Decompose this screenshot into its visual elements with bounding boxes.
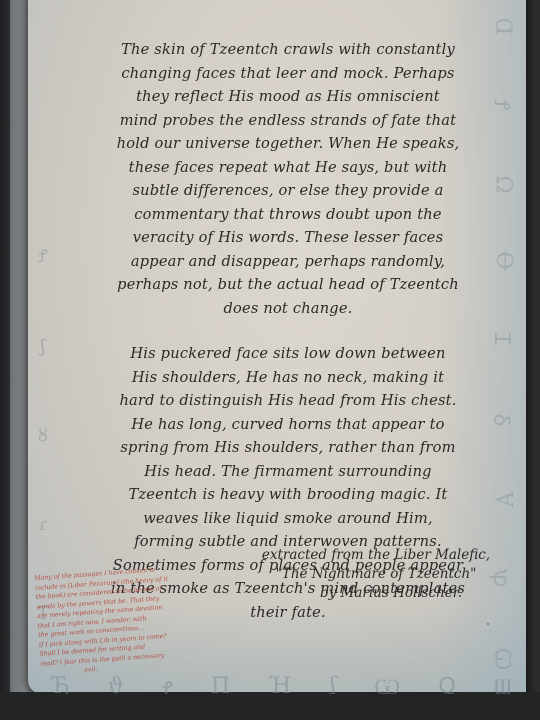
text-line: does not change. [223,300,352,317]
rune-glyph: Π [211,674,230,694]
text-line: these faces repeat what He says, but wit… [129,159,448,176]
attribution-title: "The Nightmare of Tzeentch" [236,565,516,584]
paper-speck [487,623,489,625]
rune-glyph: Ω [491,175,516,193]
rune-glyph: Ɐ [490,491,515,507]
rune-glyph: Ꝭ [488,100,518,111]
text-line: Tzeentch is heavy with brooding magic. I… [128,486,447,503]
paragraph-skin-of-tzeentch: The skin of Tzeentch crawls with constan… [88,38,488,320]
text-line: changing faces that leer and mock. Perha… [121,65,454,82]
rune-glyph: Ꝋ [491,250,516,271]
rune-glyph: Ϣ [494,674,512,694]
rune-glyph: Ɑ [491,18,516,35]
rune-glyph: Ꝗ [438,674,455,694]
text-line: subtle differences, or else they provide… [132,182,443,199]
text-line: His shoulders, He has no neck, making it [132,369,444,386]
text-line: spring from His shoulders, rather than f… [120,439,455,456]
book-photo: Ꝭ ʃ ȣ ɾ Ƭ The skin of Tzeentch crawls wi… [0,0,540,720]
rune-glyph: ʆ [329,674,336,694]
text-line: veracity of His words. These lesser face… [133,229,444,246]
rune-glyph: Ꞷ [488,648,518,671]
attribution-author: by Marius Hollscher. [236,584,516,603]
table-background [0,692,540,720]
text-line: perhaps not, but the actual head of Tzee… [117,276,459,293]
bottom-rune-border: Ђ ϑ Ꝭ Π Ή ʆ Ѡ Ꝗ Ϣ [52,674,512,694]
text-line: His head. The firmament surrounding [144,463,431,480]
text-line: appear and disappear, perhaps randomly, [131,253,445,270]
text-line: He has long, curved horns that appear to [131,416,444,433]
rune-glyph: Ή [268,674,291,694]
text-line: weaves like liquid smoke around Him, [143,510,433,527]
text-line: they reflect His mood as His omniscient [136,88,440,105]
left-rune-border: Ꝭ ʃ ȣ ɾ Ƭ [30,244,56,624]
rune-glyph: Ѡ [374,674,400,694]
rune-glyph: ȣ [38,425,48,446]
rune-glyph: Ɪ [488,333,518,345]
book-page: Ꝭ ʃ ȣ ɾ Ƭ The skin of Tzeentch crawls wi… [28,0,526,694]
text-line: mind probes the endless strands of fate … [120,112,457,129]
source-attribution: extracted from the Liber Malefic, "The N… [236,546,516,603]
text-line: commentary that throws doubt upon the [134,206,441,223]
attribution-source: extracted from the Liber Malefic, [236,546,516,565]
rune-glyph: ϑ [108,674,124,694]
rune-glyph: ɾ [39,514,47,535]
text-line: their fate. [250,604,326,621]
handwritten-margin-note: Many of the passages I have chosen to in… [34,564,181,678]
rune-glyph: Ꝭ [162,674,173,694]
text-line: hard to distinguish His head from His ch… [119,392,456,409]
rune-glyph: Ꝭ [38,244,47,268]
text-line: hold our universe together. When He spea… [117,135,460,152]
text-line: His puckered face sits low down between [130,345,445,362]
rune-glyph: Ᵹ [488,414,518,427]
text-line: The skin of Tzeentch crawls with constan… [121,41,455,58]
rune-glyph: ʃ [41,336,46,357]
